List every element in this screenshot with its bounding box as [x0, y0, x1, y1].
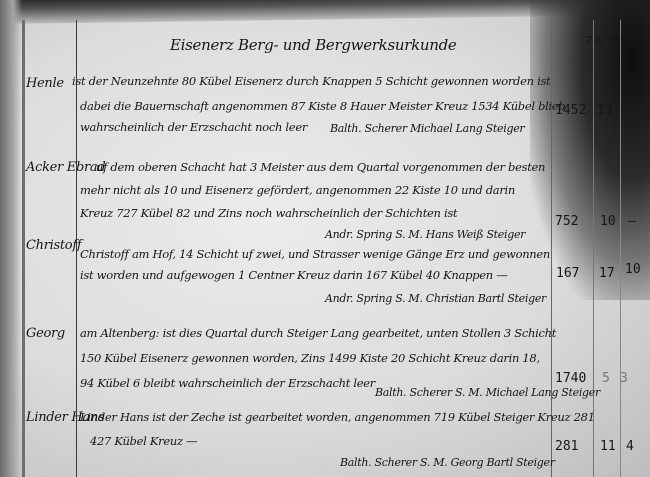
- amount-1: 281: [555, 439, 578, 454]
- amount-1: 1740: [555, 371, 586, 386]
- entry-line: ist worden und aufgewogen 1 Centner Kreu…: [80, 268, 507, 282]
- amount-2: 17: [599, 266, 615, 281]
- amount-2: 5: [602, 371, 610, 386]
- entry-name: Christoff: [26, 238, 81, 253]
- amount-2: 11: [600, 439, 616, 454]
- entry-line: Kreuz 727 Kübel 82 und Zins noch wahrsch…: [80, 206, 457, 220]
- entry-line: am Altenberg: ist dies Quartal durch Ste…: [80, 326, 556, 340]
- entry-line: wahrscheinlich der Erzschacht noch leer: [80, 120, 307, 134]
- entry-signature: Balth. Scherer S. M. Georg Bartl Steiger: [340, 456, 555, 469]
- amount-3: 10: [625, 262, 641, 277]
- entry-line: 150 Kübel Eisenerz gewonnen worden, Zins…: [80, 351, 540, 365]
- entry-signature: Andr. Spring S. M. Christian Bartl Steig…: [325, 292, 546, 305]
- page-title: Eisenerz Berg- und Bergwerksurkunde: [170, 36, 456, 54]
- entry-signature: Andr. Spring S. M. Hans Weiß Steiger: [325, 228, 525, 241]
- amount-3: 3: [620, 371, 628, 386]
- entry-line: dabei die Bauernschaft angenommen 87 Kis…: [80, 99, 566, 113]
- entry-line: Christoff am Hof, 14 Schicht uf zwei, un…: [80, 247, 550, 261]
- entry-signature: Balth. Scherer S. M. Michael Lang Steige…: [375, 386, 600, 399]
- entry-line: uf dem oberen Schacht hat 3 Meister aus …: [96, 160, 545, 174]
- amount-column-rule: [593, 20, 594, 477]
- manuscript-page: Eisenerz Berg- und Bergwerksurkunde 7 n.…: [0, 0, 650, 477]
- page-left-shadow: [0, 0, 22, 477]
- corner-note: 7 n. 3x: [585, 34, 621, 47]
- entry-name: Georg: [26, 326, 65, 341]
- amount-1: 752: [555, 214, 578, 229]
- entry-line: 94 Kübel 6 bleibt wahrscheinlich der Erz…: [80, 376, 375, 390]
- entry-name: Acker Ebrad: [26, 160, 105, 175]
- amount-2: 10: [600, 214, 616, 229]
- entry-signature: Balth. Scherer Michael Lang Steiger: [330, 122, 524, 135]
- entry-line: Linder Hans ist der Zeche ist gearbeitet…: [80, 410, 595, 424]
- entry-line: mehr nicht als 10 und Eisenerz gefördert…: [80, 183, 515, 197]
- margin-rule: [22, 20, 25, 477]
- amount-1: 1452: [555, 103, 586, 118]
- entry-line: ist der Neunzehnte 80 Kübel Eisenerz dur…: [72, 74, 550, 88]
- amount-3: 4: [626, 439, 634, 454]
- amount-2: 13: [597, 103, 613, 118]
- entry-name: Henle: [26, 76, 64, 91]
- entry-line: 427 Kübel Kreuz —: [90, 434, 197, 448]
- amount-column-rule: [620, 20, 621, 477]
- amount-column-rule: [551, 20, 552, 477]
- amount-3: —: [628, 214, 636, 229]
- amount-1: 167: [556, 266, 579, 281]
